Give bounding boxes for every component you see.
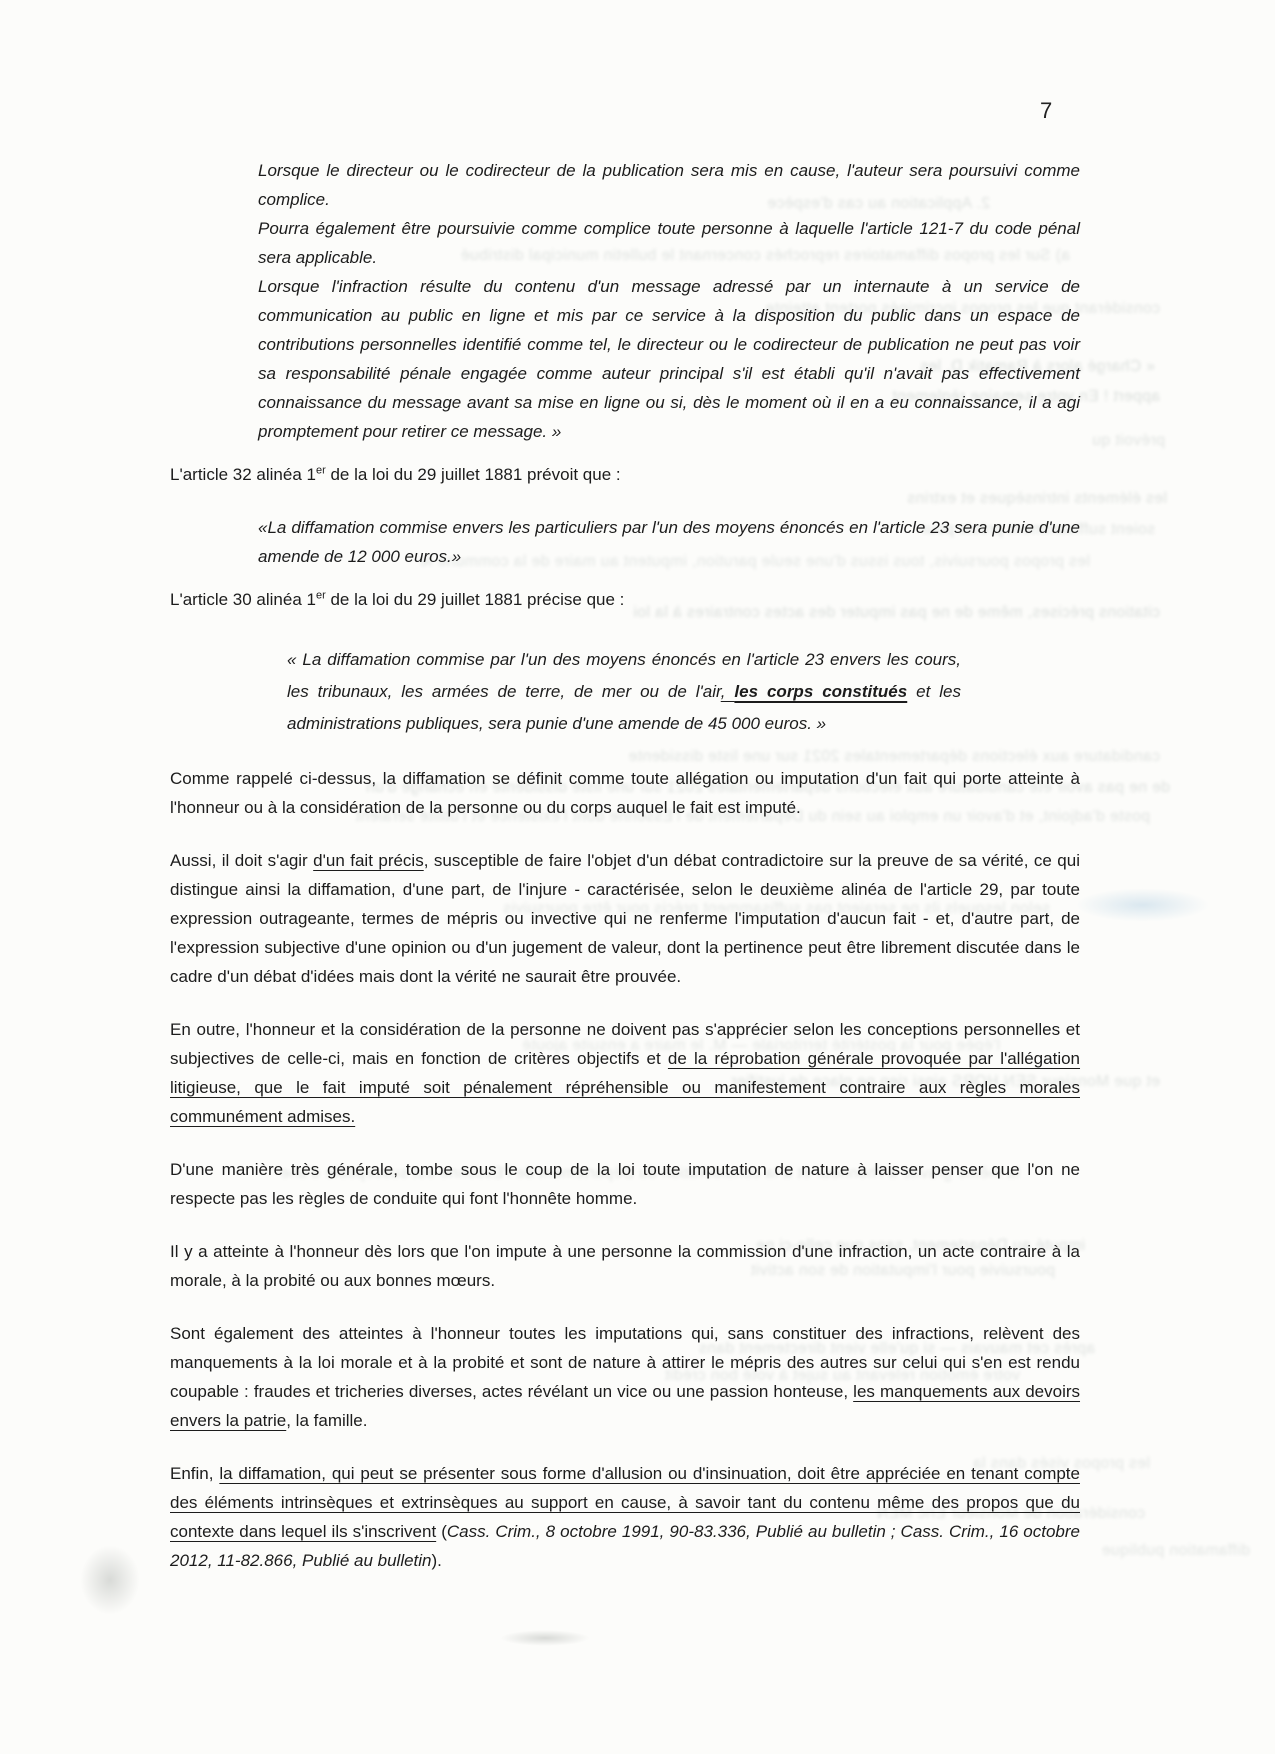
text-segment: les corps constitués	[734, 682, 907, 701]
text-segment: de la loi du 29 juillet 1881 prévoit que…	[326, 465, 621, 484]
para-atteintes-imputations: Sont également des atteintes à l'honneur…	[170, 1319, 1080, 1435]
scanned-document-page: 2. Application au cas d'espècea) Sur les…	[0, 0, 1275, 1754]
text-segment: Il y a atteinte à l'honneur dès lors que…	[170, 1242, 1080, 1290]
text-segment: Lorsque le directeur ou le codirecteur d…	[258, 161, 1080, 209]
text-segment: d'un fait précis	[313, 851, 424, 870]
text-segment: Lorsque l'infraction résulte du contenu …	[258, 277, 1080, 441]
para-definition-diffamation: Comme rappelé ci-dessus, la diffamation …	[170, 764, 1080, 822]
text-segment: de la loi du 29 juillet 1881 précise que…	[326, 590, 625, 609]
bleedthrough-text: diffamation publique	[1060, 1542, 1250, 1560]
text-segment: , la famille.	[286, 1411, 367, 1430]
scan-smudge	[1075, 888, 1210, 922]
para-maniere-generale: D'une manière très générale, tombe sous …	[170, 1155, 1080, 1213]
text-segment: ).	[432, 1551, 442, 1570]
quote-article-30: « La diffamation commise par l'un des mo…	[287, 644, 961, 740]
quoted-passage-director-complicity: Lorsque le directeur ou le codirecteur d…	[258, 156, 1080, 446]
text-segment: L'article 30 alinéa 1	[170, 590, 316, 609]
page-number: 7	[1040, 98, 1052, 124]
text-segment: Pourra également être poursuivie comme c…	[258, 219, 1080, 267]
text-segment: Enfin,	[170, 1464, 219, 1483]
text-segment: , susceptible de faire l'objet d'un déba…	[170, 851, 1080, 986]
para-fait-precis: Aussi, il doit s'agir d'un fait précis, …	[170, 846, 1080, 991]
text-segment: er	[316, 589, 326, 601]
document-body: Lorsque le directeur ou le codirecteur d…	[170, 156, 1080, 1575]
article-32-intro: L'article 32 alinéa 1er de la loi du 29 …	[170, 460, 1080, 489]
text-segment: Comme rappelé ci-dessus, la diffamation …	[170, 769, 1080, 817]
para-en-outre-criteres-objectifs: En outre, l'honneur et la considération …	[170, 1015, 1080, 1131]
text-segment: er	[316, 464, 326, 476]
scan-smudge	[500, 1630, 590, 1646]
scan-smudge	[80, 1545, 140, 1615]
text-segment: «La diffamation commise envers les parti…	[258, 518, 1080, 566]
text-segment: ,	[721, 682, 735, 701]
text-segment: (	[436, 1522, 447, 1541]
para-enfin-allusion-insinuation: Enfin, la diffamation, qui peut se prése…	[170, 1459, 1080, 1575]
quote-article-32: «La diffamation commise envers les parti…	[258, 513, 1080, 571]
text-segment: Aussi, il doit s'agir	[170, 851, 313, 870]
article-30-intro: L'article 30 alinéa 1er de la loi du 29 …	[170, 585, 1080, 614]
text-segment: D'une manière très générale, tombe sous …	[170, 1160, 1080, 1208]
text-segment: L'article 32 alinéa 1	[170, 465, 316, 484]
para-atteinte-honneur-infraction: Il y a atteinte à l'honneur dès lors que…	[170, 1237, 1080, 1295]
